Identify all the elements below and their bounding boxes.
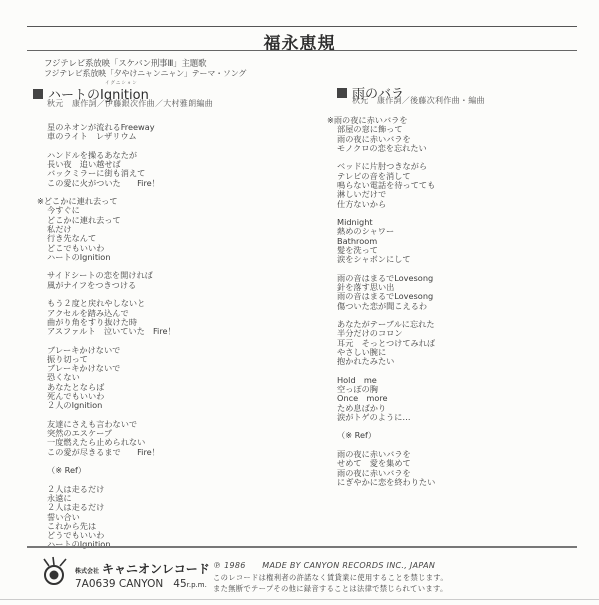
- catalog-number: 7A0639 CANYON: [75, 578, 163, 590]
- speed-unit: r.p.m.: [187, 581, 207, 589]
- company-prefix: 株式会社: [75, 568, 99, 575]
- lyric-line: （※ Ref）: [337, 431, 435, 440]
- lyric-line: 涙がトゲのように…: [337, 413, 435, 422]
- lyrics-right: ※雨の夜に赤いバラを部屋の窓に飾って雨の夜に赤いバラをモノクロの恋を忘れたいベッ…: [337, 116, 435, 496]
- page-edge: [0, 599, 599, 600]
- lyric-line: 涙をシャボンにして: [337, 255, 435, 264]
- square-bullet-icon: [337, 88, 347, 98]
- lyric-stanza: Hold me空っぽの胸Once moreため息ばかり涙がトゲのように…: [337, 376, 435, 422]
- lyric-stanza: （※ Ref）: [47, 466, 176, 475]
- lyric-line: （※ Ref）: [47, 466, 176, 475]
- tieup-line-2: フジテレビ系放映「夕やけニャンニャン」テーマ・ソング: [44, 68, 246, 79]
- lyric-stanza: ※雨の夜に赤いバラを部屋の窓に飾って雨の夜に赤いバラをモノクロの恋を忘れたい: [337, 116, 435, 153]
- lyric-stanza: 雨の音はまるでLovesong針を落す思い出雨の音はまるでLovesong傷つい…: [337, 274, 435, 311]
- company-name: キャニオンレコード: [102, 562, 210, 576]
- lyric-stanza: ※どこかに連れ去って今すぐにどこかに連れ去って私だけ行き先なんてどこでもいいわハ…: [47, 197, 176, 262]
- lyric-stanza: Midnight熱めのシャワーBathroom髪を洗って涙をシャボンにして: [337, 218, 435, 264]
- lyric-stanza: ハンドルを操るあなたが長い夜 追い越せばバックミラーに街も消えてこの愛に火がつい…: [47, 151, 176, 188]
- lyric-stanza: あなたがテーブルに忘れた半分だけのコロン耳元 そっとつけてみればやさしい腕に抱か…: [337, 320, 435, 366]
- catalog-info: 7A0639 CANYON 45r.p.m.: [75, 578, 207, 590]
- lyric-line: モノクロの恋を忘れたい: [337, 144, 435, 153]
- footer-rule: [27, 546, 577, 548]
- lyric-line: ２人のIgnition: [47, 401, 176, 410]
- lyric-line: アスファルト 泣いていた Fire！: [47, 327, 176, 336]
- lyric-stanza: ブレーキかけないで振り切ってブレーキかけないで恐くないあなたとならば死んでもいい…: [47, 346, 176, 411]
- lyric-line: この愛が尽きるまで Fire！: [47, 448, 176, 457]
- song-credits-left: 秋元 康作詞／伊藤銀次作曲／大村雅朗編曲: [47, 98, 213, 109]
- lyric-stanza: ２人は走るだけ永遠に２人は走るだけ誓い合いこれから先はどうでもいいわハートのIg…: [47, 485, 176, 550]
- recording-notice: また無断でテープその他に録音することは法律で禁じられています。: [213, 584, 448, 594]
- lyric-stanza: 星のネオンが流れるFreeway車のライト レザリウム: [47, 123, 176, 142]
- lyrics-left: 星のネオンが流れるFreeway車のライト レザリウムハンドルを操るあなたが長い…: [47, 123, 176, 559]
- copyright-line: ℗ 1986 MADE BY CANYON RECORDS INC., JAPA…: [213, 560, 435, 571]
- lyric-stanza: （※ Ref）: [337, 431, 435, 440]
- lyric-line: 傷ついた恋が聞こえるわ: [337, 302, 435, 311]
- rental-notice: このレコードは権利者の許諾なく賃貸業に使用することを禁じます。: [213, 573, 448, 583]
- canyon-logo-icon: [40, 556, 70, 586]
- lyric-sheet: 福永恵規 フジテレビ系放映「スケバン刑事Ⅲ」主題歌 フジテレビ系放映「夕やけニャ…: [0, 0, 599, 605]
- speed: 45: [173, 578, 186, 590]
- record-company: 株式会社キャニオンレコード: [75, 560, 210, 577]
- lyric-stanza: サイドシートの恋を開ければ風がナイフをつきつける: [47, 271, 176, 290]
- title-rule: [27, 50, 577, 51]
- lyric-stanza: もう２度と戻れやしないとアクセルを踏み込んで曲がり角をすり抜けた時アスファルト …: [47, 299, 176, 336]
- square-bullet-icon: [33, 89, 43, 99]
- lyric-line: ハートのIgnition: [47, 253, 176, 262]
- lyric-line: この愛に火がついた Fire！: [47, 179, 176, 188]
- song-credits-right: 秋元 康作詞／後藤次利作曲・編曲: [352, 95, 485, 106]
- lyric-stanza: 雨の夜に赤いバラをせめて 愛を集めて雨の夜に赤いバラをにぎやかに恋を終わりたい: [337, 450, 435, 487]
- top-rule: [27, 26, 577, 27]
- lyric-line: 車のライト レザリウム: [47, 132, 176, 141]
- lyric-line: にぎやかに恋を終わりたい: [337, 478, 435, 487]
- lyric-stanza: 友達にさえも言わないで突然のエスケープ一度燃えたら止められないこの愛が尽きるまで…: [47, 420, 176, 457]
- lyric-line: 仕方ないから: [337, 200, 435, 209]
- lyric-line: 風がナイフをつきつける: [47, 281, 176, 290]
- lyric-line: 抱かれたみたい: [337, 357, 435, 366]
- lyric-stanza: ベッドに片肘つきながらテレビの音を消して鳴らない電話を待ってても淋しいだけで仕方…: [337, 162, 435, 208]
